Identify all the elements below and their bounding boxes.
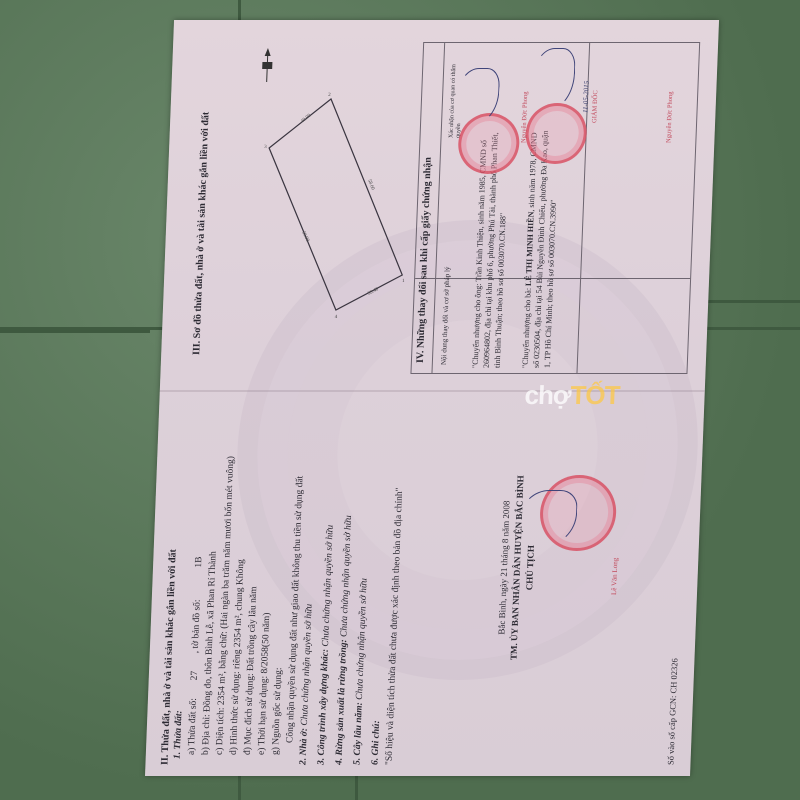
entry-2-prefix: "Chuyển nhượng cho bà:	[521, 288, 533, 368]
usage-shared-label: m², chung	[234, 587, 245, 625]
certificate-paper: II. Thửa đất, nhà ở và tài sản khác gắn …	[145, 20, 719, 776]
entry-2-name: LÊ THỊ MINH HIỀN	[524, 212, 536, 286]
stamp-role: GIÁM ĐỐC	[591, 90, 599, 123]
house-label: 2. Nhà ở:	[298, 728, 309, 765]
house-value: Chưa chứng nhận quyền sở hữu	[300, 604, 315, 726]
chairman-name: Lê Văn Long	[610, 558, 619, 595]
purpose-value: Đất trồng cây lâu năm	[246, 587, 259, 671]
area-value: 2354	[217, 686, 228, 705]
other-construction-value: Chưa chứng nhận quyền sở hữu	[321, 525, 336, 647]
register-number: Số vào sổ cấp GCN: CH 02326	[665, 658, 679, 765]
col-content-header: Nội dung thay đổi và cơ sở pháp lý	[440, 267, 452, 365]
chotot-watermark: chợTỐT	[524, 380, 620, 411]
perennial-label: 5. Cây lâu năm:	[352, 702, 364, 765]
watermark-part2: TỐT	[570, 380, 620, 410]
tile-grout	[355, 776, 358, 800]
usage-private-value: 2354	[233, 628, 244, 647]
section-ii: II. Thửa đất, nhà ở và tài sản khác gắn …	[159, 456, 408, 765]
vertex-label: 3	[264, 145, 267, 150]
red-seal-stamp	[525, 103, 588, 164]
plot-number-label: a) Thửa đất số:	[187, 698, 199, 755]
forest-label: 4. Rừng sản xuất là rừng trồng:	[334, 639, 349, 765]
forest-value: Chưa chứng nhận quyền sở hữu	[339, 515, 354, 637]
usage-shared-value: Không	[235, 559, 246, 585]
signer-name-2: Nguyễn Đức Phong	[665, 91, 674, 143]
tile-grout	[0, 330, 150, 333]
area-label: c) Diện tích:	[215, 708, 227, 755]
address-label: b) Địa chỉ:	[201, 714, 213, 755]
vertex-label: 1	[402, 279, 405, 284]
section-iv-title: IV. Những thay đổi sau khi cấp giấy chứn…	[415, 157, 434, 363]
term-value: 8/2058(50 năm)	[260, 613, 272, 674]
north-arrow	[262, 48, 273, 82]
other-construction-label: 3. Công trình xây dựng khác:	[316, 649, 330, 765]
plot-boundary	[263, 99, 409, 310]
map-sheet-label: , tờ bản đồ số:	[191, 599, 203, 653]
vertex-label: 2	[328, 93, 331, 98]
changes-table: IV. Những thay đổi sau khi cấp giấy chứn…	[410, 42, 700, 374]
purpose-label: đ) Mục đích sử dụng:	[243, 673, 256, 755]
stamp-date: 11-05-2015	[581, 81, 590, 113]
change-entry-2: "Chuyển nhượng cho bà: LÊ THỊ MINH HIỀN,…	[520, 128, 562, 368]
vertex-label: 4	[335, 315, 338, 320]
section-iv-title-wrap: IV. Những thay đổi sau khi cấp giấy chứn…	[415, 157, 434, 363]
signature	[532, 48, 576, 110]
watermark-part1: chợ	[524, 380, 571, 410]
term-label: e) Thời hạn sử dụng:	[257, 676, 270, 755]
perennial-value: Chưa chứng nhận quyền sở hữu	[355, 578, 370, 700]
